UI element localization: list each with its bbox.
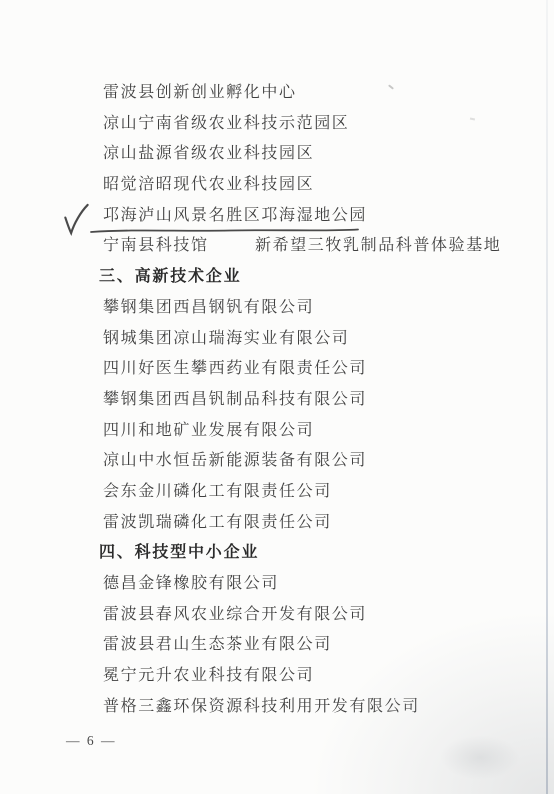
list-item: 凉山盐源省级农业科技园区 xyxy=(103,139,533,170)
section-heading: 三、高新技术企业 xyxy=(99,262,533,293)
list-item: 钢城集团凉山瑞海实业有限公司 xyxy=(103,324,533,355)
page-number: — 6 — xyxy=(66,733,117,749)
list-item: 攀钢集团西昌钒制品科技有限公司 xyxy=(103,385,533,416)
list-item-checked: 邛海泸山风景名胜区邛海湿地公园 xyxy=(103,201,533,232)
handwritten-checkmark-icon xyxy=(62,203,90,236)
list-item: 雷波县创新创业孵化中心 xyxy=(103,78,533,109)
list-item: 四川好医生攀西药业有限责任公司 xyxy=(103,354,533,385)
list-item: 冕宁元升农业科技有限公司 xyxy=(103,661,533,692)
list-item: 宁南县科技馆 xyxy=(103,237,209,254)
list-item-text: 邛海泸山风景名胜区邛海湿地公园 xyxy=(103,207,367,224)
section-heading: 四、科技型中小企业 xyxy=(99,538,533,569)
list-item: 雷波县春风农业综合开发有限公司 xyxy=(103,600,533,631)
list-item: 攀钢集团西昌钢钒有限公司 xyxy=(103,293,533,324)
scan-smudge xyxy=(440,735,520,780)
list-item-pair: 宁南县科技馆 新希望三牧乳制品科普体验基地 xyxy=(103,231,533,262)
document-page: 雷波县创新创业孵化中心 凉山宁南省级农业科技示范园区 凉山盐源省级农业科技园区 … xyxy=(0,0,554,794)
list-item: 凉山中水恒岳新能源装备有限公司 xyxy=(103,446,533,477)
list-item: 雷波县君山生态茶业有限公司 xyxy=(103,630,533,661)
list-item: 普格三鑫环保资源科技利用开发有限公司 xyxy=(103,692,533,723)
list-item: 四川和地矿业发展有限公司 xyxy=(103,416,533,447)
list-item: 新希望三牧乳制品科普体验基地 xyxy=(255,231,501,262)
list-item: 雷波凯瑞磷化工有限责任公司 xyxy=(103,508,533,539)
list-item: 会东金川磷化工有限责任公司 xyxy=(103,477,533,508)
list-item: 德昌金锋橡胶有限公司 xyxy=(103,569,533,600)
list-item: 昭觉涪昭现代农业科技园区 xyxy=(103,170,533,201)
list-item: 凉山宁南省级农业科技示范园区 xyxy=(103,109,533,140)
document-body: 雷波县创新创业孵化中心 凉山宁南省级农业科技示范园区 凉山盐源省级农业科技园区 … xyxy=(103,78,533,722)
scan-edge-line xyxy=(546,0,548,794)
